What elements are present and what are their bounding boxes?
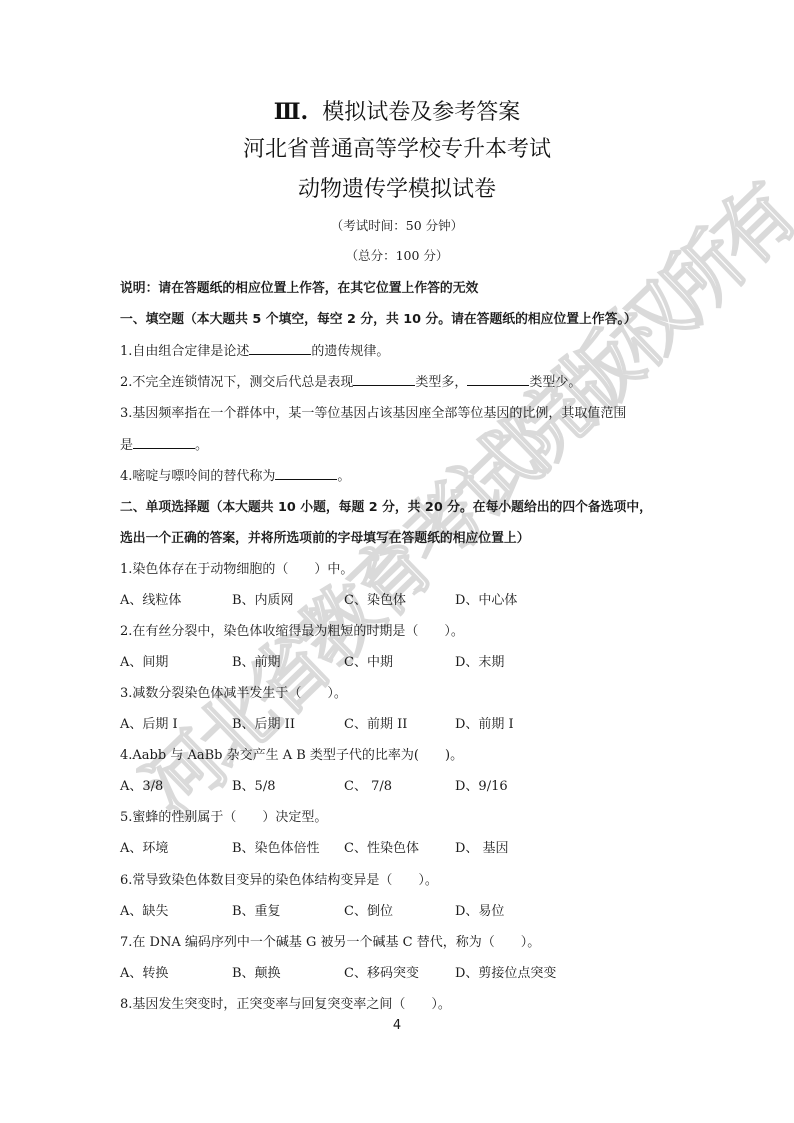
option-a: A、缺失 — [120, 903, 168, 921]
answer-blank — [133, 436, 195, 449]
choice-question-8: 8.基因发生突变时，正突变率与回复突变率之间（ ）。 — [120, 996, 451, 1014]
title-text: 模拟试卷及参考答案 — [322, 100, 520, 125]
option-a: A、环境 — [120, 840, 168, 858]
question-text: 。 — [195, 438, 208, 453]
option-d: D、 基因 — [455, 840, 509, 858]
exam-name: 河北省普通高等学校专升本考试 — [0, 136, 794, 164]
choice-options-7: A、转换 B、颠换 C、移码突变 D、剪接位点突变 — [120, 965, 680, 983]
option-b: B、后期 II — [232, 716, 295, 734]
option-b: B、重复 — [232, 903, 281, 921]
paper-title: 动物遗传学模拟试卷 — [0, 176, 794, 204]
option-b: B、前期 — [232, 654, 281, 672]
section-title: Ⅲ.模拟试卷及参考答案 — [0, 98, 794, 127]
question-text: 4.嘧啶与嘌呤间的替代称为 — [120, 469, 275, 484]
choice-options-2: A、间期 B、前期 C、中期 D、末期 — [120, 654, 680, 672]
option-c: C、性染色体 — [344, 840, 419, 858]
option-b: B、5/8 — [232, 778, 275, 796]
total-score: （总分：100 分） — [0, 247, 794, 265]
answer-blank — [249, 342, 311, 355]
choice-question-2: 2.在有丝分裂中，染色体收缩得最为粗短的时期是（ ）。 — [120, 623, 464, 641]
option-d: D、9/16 — [455, 778, 508, 796]
document-page: 河北省教育考试院版权所有 Ⅲ.模拟试卷及参考答案 河北省普通高等学校专升本考试 … — [0, 0, 794, 1123]
fill-question-3: 3.基因频率指在一个群体中，某一等位基因占该基因座全部等位基因的比例，其取值范围 — [120, 405, 626, 423]
question-text: 的遗传规律。 — [311, 344, 389, 359]
choice-question-5: 5.蜜蜂的性别属于（ ）决定型。 — [120, 809, 327, 827]
choice-options-5: A、环境 B、染色体倍性 C、性染色体 D、 基因 — [120, 840, 680, 858]
question-text: 类型少。 — [529, 375, 581, 390]
question-text: 类型多， — [415, 375, 467, 390]
option-a: A、后期 I — [120, 716, 178, 734]
choice-options-1: A、线粒体 B、内质网 C、染色体 D、中心体 — [120, 592, 680, 610]
section2-heading-cont: 选出一个正确的答案，并将所选项前的字母填写在答题纸的相应位置上） — [120, 530, 530, 548]
option-c: C、移码突变 — [344, 965, 419, 983]
fill-question-1: 1.自由组合定律是论述的遗传规律。 — [120, 342, 389, 361]
page-number: 4 — [0, 1018, 794, 1033]
fill-question-4: 4.嘧啶与嘌呤间的替代称为。 — [120, 467, 350, 486]
answer-blank — [275, 467, 337, 480]
choice-question-3: 3.减数分裂染色体减半发生于（ ）。 — [120, 685, 347, 703]
roman-numeral: Ⅲ. — [274, 99, 308, 125]
choice-question-6: 6.常导致染色体数目变异的染色体结构变异是（ ）。 — [120, 872, 438, 890]
choice-question-7: 7.在 DNA 编码序列中一个碱基 G 被另一个碱基 C 替代，称为（ ）。 — [120, 934, 540, 952]
answer-blank — [353, 373, 415, 386]
fill-question-3-cont: 是。 — [120, 436, 208, 455]
choice-question-1: 1.染色体存在于动物细胞的（ ）中。 — [120, 561, 353, 579]
option-c: C、前期 II — [344, 716, 407, 734]
option-a: A、转换 — [120, 965, 168, 983]
question-text: 。 — [337, 469, 350, 484]
question-text: 2.不完全连锁情况下，测交后代总是表现 — [120, 375, 353, 390]
exam-time: （考试时间：50 分钟） — [0, 217, 794, 235]
question-text: 1.自由组合定律是论述 — [120, 344, 249, 359]
instructions: 说明：请在答题纸的相应位置上作答，在其它位置上作答的无效 — [120, 280, 478, 298]
option-a: A、3/8 — [120, 778, 163, 796]
choice-options-6: A、缺失 B、重复 C、倒位 D、易位 — [120, 903, 680, 921]
choice-options-3: A、后期 I B、后期 II C、前期 II D、前期 I — [120, 716, 680, 734]
choice-options-4: A、3/8 B、5/8 C、 7/8 D、9/16 — [120, 778, 680, 796]
choice-question-4: 4.Aabb 与 AaBb 杂交产生 A B 类型子代的比率为( )。 — [120, 747, 463, 765]
option-c: C、倒位 — [344, 903, 393, 921]
option-c: C、染色体 — [344, 592, 406, 610]
section1-heading: 一、填空题（本大题共 5 个填空，每空 2 分，共 10 分。请在答题纸的相应位… — [120, 311, 637, 329]
option-b: B、染色体倍性 — [232, 840, 320, 858]
option-d: D、易位 — [455, 903, 504, 921]
answer-blank — [467, 373, 529, 386]
option-d: D、前期 I — [455, 716, 514, 734]
option-c: C、 7/8 — [344, 778, 392, 796]
option-b: B、颠换 — [232, 965, 281, 983]
option-a: A、间期 — [120, 654, 168, 672]
option-d: D、剪接位点突变 — [455, 965, 556, 983]
option-c: C、中期 — [344, 654, 393, 672]
question-text: 是 — [120, 438, 133, 453]
option-a: A、线粒体 — [120, 592, 181, 610]
option-b: B、内质网 — [232, 592, 294, 610]
section2-heading: 二、单项选择题（本大题共 10 小题，每题 2 分，共 20 分。在每小题给出的… — [120, 499, 652, 517]
fill-question-2: 2.不完全连锁情况下，测交后代总是表现类型多，类型少。 — [120, 373, 581, 392]
option-d: D、末期 — [455, 654, 504, 672]
option-d: D、中心体 — [455, 592, 517, 610]
